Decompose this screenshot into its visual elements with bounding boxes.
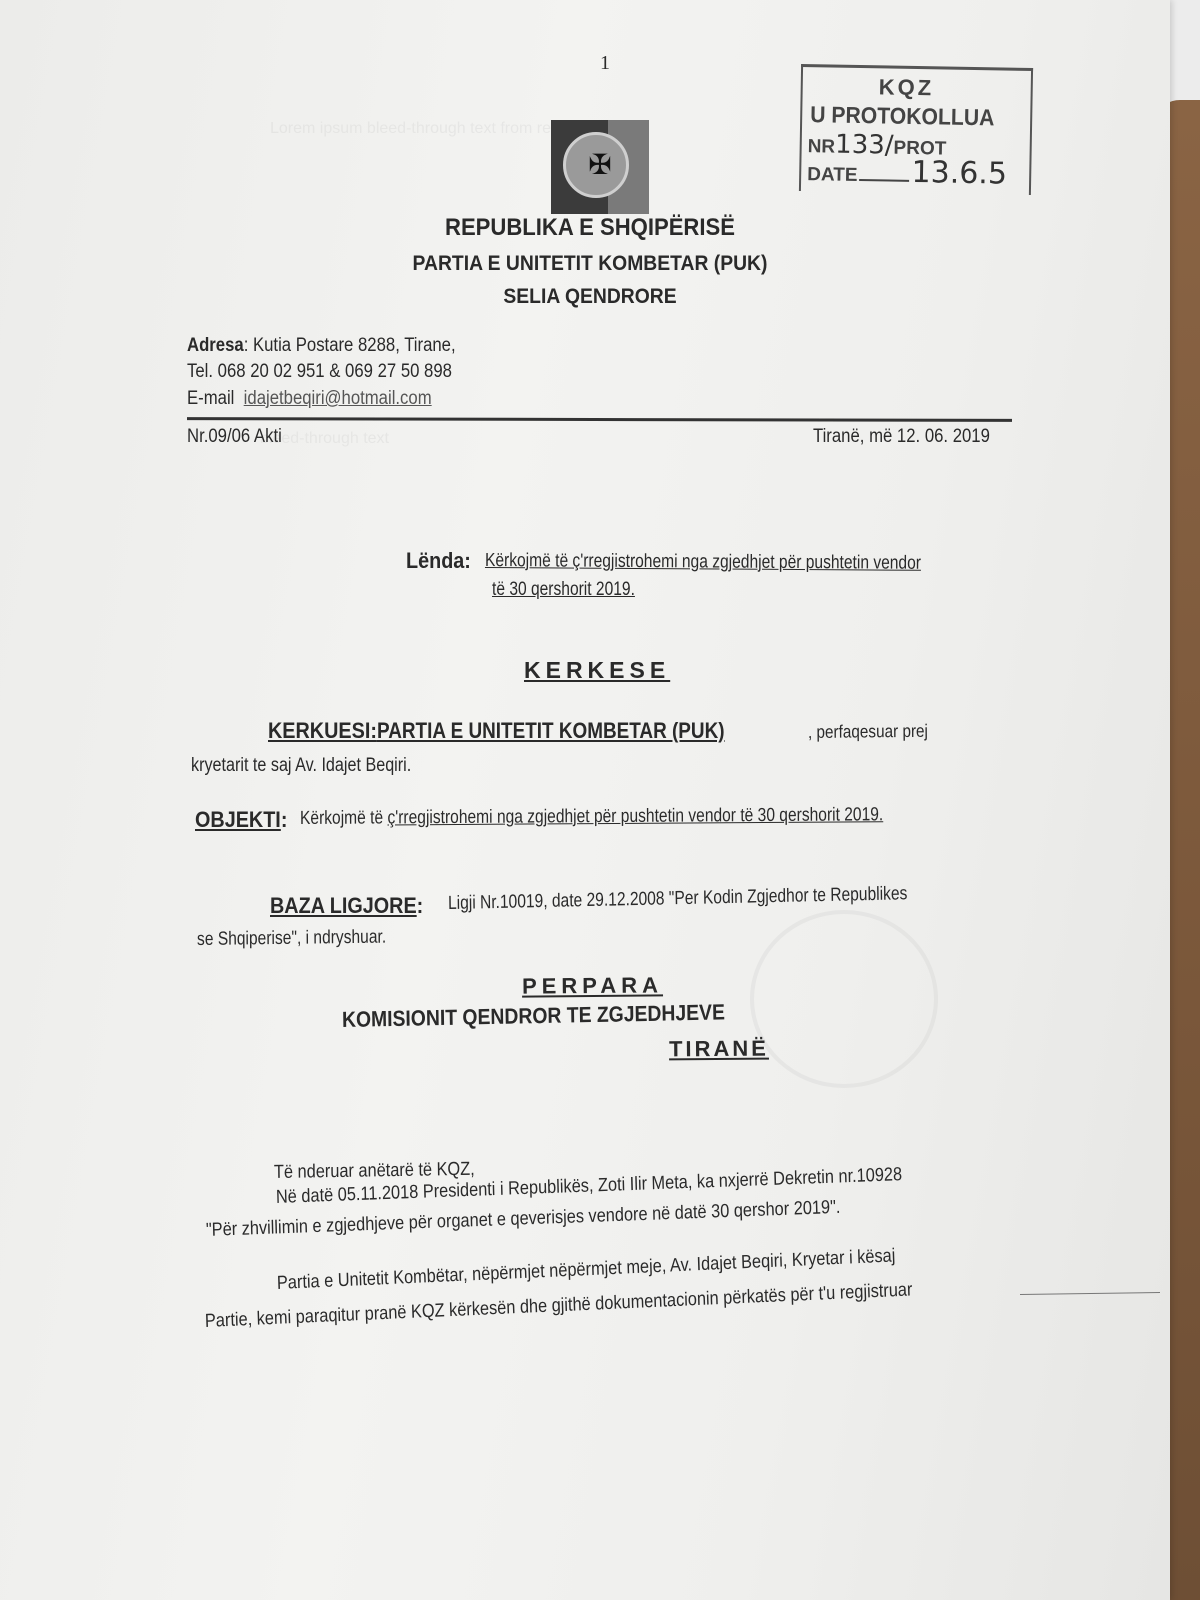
seal-bleed-through [750, 910, 938, 1088]
subject-line-2: të 30 qershorit 2019. [492, 579, 635, 601]
legal-basis-colon: : [417, 893, 424, 918]
addressee-before: PERPARA [522, 972, 663, 999]
document-page: Lorem ipsum bleed-through text from reve… [0, 0, 1170, 1600]
object-label: OBJEKTI: [195, 807, 287, 833]
object-text: Kërkojmë të ç'rregjistrohemi nga zgjedhj… [300, 804, 883, 830]
legal-basis-line-2: se Shqiperise", i ndryshuar. [197, 927, 386, 951]
object-label-text: OBJEKTI [195, 807, 281, 832]
trailing-underline [1020, 1292, 1160, 1295]
requester-label: KERKUESI: [268, 718, 377, 744]
party-logo: ✠ [551, 120, 649, 214]
place-date: Tiranë, më 12. 06. 2019 [813, 426, 990, 448]
requester-party: PARTIA E UNITETIT KOMBETAR (PUK) [377, 718, 725, 744]
object-colon: : [281, 807, 288, 832]
legal-basis-label: BAZA LIGJORE: [270, 893, 423, 919]
stamp-date-row: DATE13.6.5 [807, 153, 1007, 191]
email-label: E-mail [187, 388, 234, 409]
stamp-date-label: DATE [807, 164, 858, 186]
subject-label: Lënda: [406, 548, 471, 574]
object-prefix: Kërkojmë të [300, 807, 388, 829]
reference-number: Nr.09/06 Akti [187, 426, 282, 448]
requester-line-2: kryetarit te saj Av. Idajet Beqiri. [191, 755, 411, 777]
header-seat: SELIA QENDRORE [38, 285, 1142, 309]
eagle-icon: ✠ [583, 151, 617, 179]
address-line: Adresa: Kutia Postare 8288, Tirane, [187, 335, 456, 357]
stamp-org: KQZ [879, 74, 935, 101]
email-line: E-mail idajetbeqiri@hotmail.com [187, 388, 432, 410]
document-title: KERKESE [524, 657, 670, 684]
subject-line-1: Kërkojmë të ç'rregjistrohemi nga zgjedhj… [485, 550, 921, 575]
email-link[interactable]: idajetbeqiri@hotmail.com [244, 388, 432, 409]
header-divider [187, 417, 1012, 422]
address-value: : Kutia Postare 8288, Tirane, [244, 335, 456, 356]
requester-rest: , perfaqesuar prej [808, 721, 928, 743]
page-number: 1 [600, 52, 610, 75]
stamp-title: U PROTOKOLLUA [810, 101, 995, 131]
addressee-body: KOMISIONIT QENDROR TE ZGJEDHJEVE [342, 999, 725, 1033]
legal-basis-label-text: BAZA LIGJORE [270, 893, 417, 918]
header-party: PARTIA E UNITETIT KOMBETAR (PUK) [38, 252, 1142, 276]
header-republic: REPUBLIKA E SHQIPËRISË [38, 214, 1142, 242]
telephone-line: Tel. 068 20 02 951 & 069 27 50 898 [187, 361, 452, 383]
object-underlined: ç'rregjistrohemi nga zgjedhjet për pusht… [387, 804, 883, 828]
stamp-date-value: 13.6.5 [911, 155, 1007, 192]
protocol-stamp: KQZ U PROTOKOLLUA NR133/PROT DATE13.6.5 [799, 64, 1033, 195]
addressee-city: TIRANË [669, 1036, 769, 1063]
address-label: Adresa [187, 335, 244, 356]
